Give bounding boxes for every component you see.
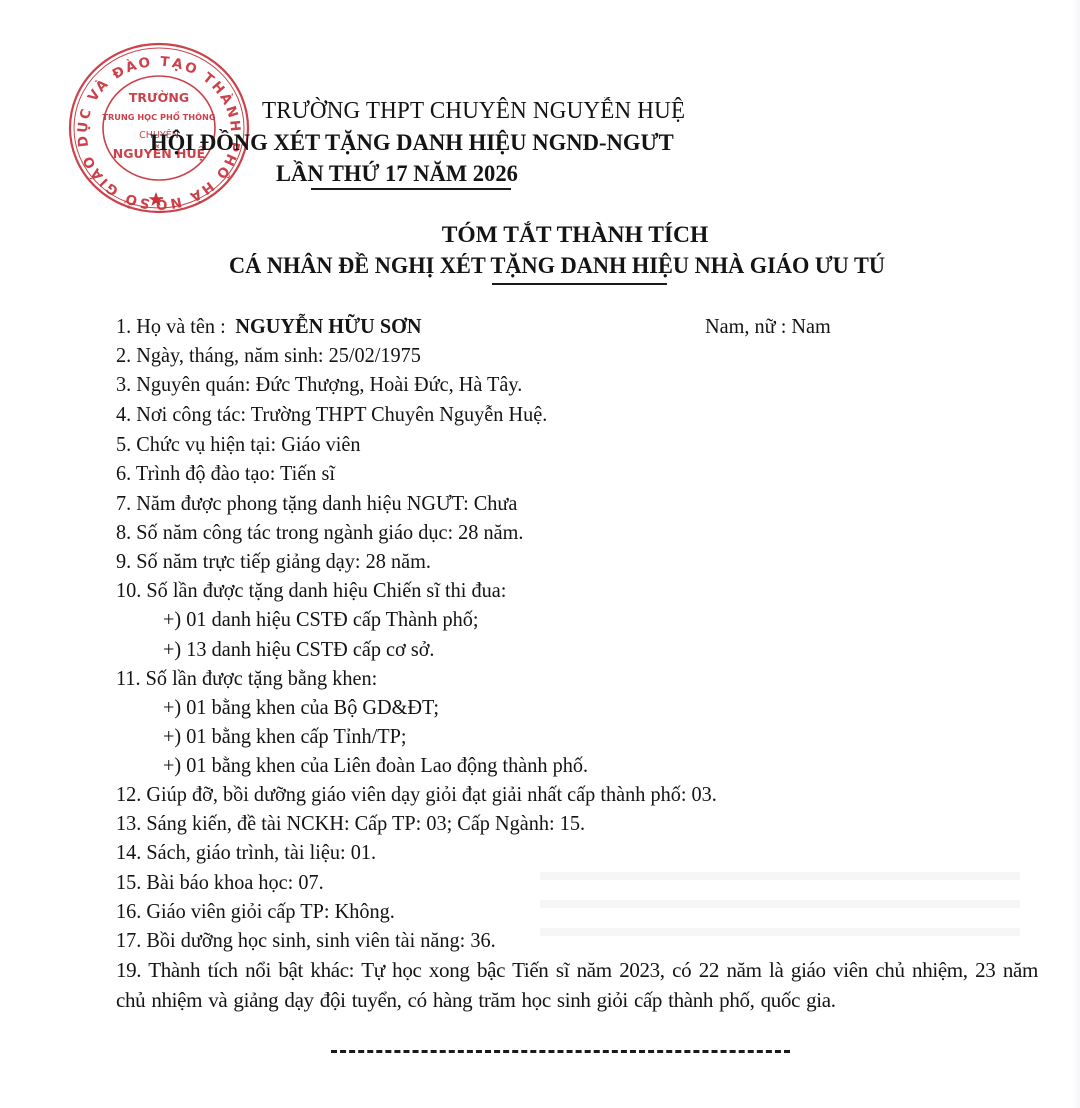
header-underline (311, 188, 511, 190)
item-years-in-sector: 8. Số năm công tác trong ngành giáo dục:… (116, 519, 523, 545)
item-merits: 11. Số lần được tặng bằng khen: (116, 665, 377, 691)
document-title: TÓM TẮT THÀNH TÍCH (0, 222, 1080, 249)
item-merits-sub: +) 01 bằng khen cấp Tỉnh/TP; (163, 723, 406, 749)
item-excellent-teacher: 16. Giáo viên giỏi cấp TP: Không. (116, 898, 395, 924)
item-education: 6. Trình độ đào tạo: Tiến sĩ (116, 460, 335, 486)
item-merits-sub: +) 01 bằng khen của Bộ GD&ĐT; (163, 694, 439, 720)
stamp-center-line-2: TRUNG HỌC PHỔ THÔNG (102, 110, 216, 122)
item-emulation-sub: +) 13 danh hiệu CSTĐ cấp cơ sở. (163, 636, 434, 662)
item-years-teaching: 9. Số năm trực tiếp giảng dạy: 28 năm. (116, 548, 431, 574)
item-merits-sub: +) 01 bằng khen của Liên đoàn Lao động t… (163, 752, 588, 778)
end-divider (331, 1050, 790, 1053)
item-name: 1. Họ và tên :NGUYỄN HỮU SƠN (116, 313, 422, 339)
stamp-center-line-1: TRƯỜNG (129, 90, 189, 105)
svg-text:SỞ GIÁO DỤC VÀ ĐÀO TẠO THÀNH P: SỞ GIÁO DỤC VÀ ĐÀO TẠO THÀNH PHỐ HÀ NỘI (66, 40, 243, 214)
item-hometown: 3. Nguyên quán: Đức Thượng, Hoài Đức, Hà… (116, 371, 522, 397)
item-books: 14. Sách, giáo trình, tài liệu: 01. (116, 839, 376, 865)
item-research: 13. Sáng kiến, đề tài NCKH: Cấp TP: 03; … (116, 810, 585, 836)
item-workplace: 4. Nơi công tác: Trường THPT Chuyên Nguy… (116, 401, 547, 427)
document-page: SỞ GIÁO DỤC VÀ ĐÀO TẠO THÀNH PHỐ HÀ NỘI … (0, 0, 1080, 1108)
item-talent-training: 17. Bồi dưỡng học sinh, sinh viên tài nă… (116, 927, 496, 953)
item-dob: 2. Ngày, tháng, năm sinh: 25/02/1975 (116, 342, 421, 368)
title-underline (492, 283, 667, 285)
official-stamp: SỞ GIÁO DỤC VÀ ĐÀO TẠO THÀNH PHỐ HÀ NỘI … (66, 40, 252, 216)
reverse-side-bleed-through (540, 862, 1020, 942)
item-name-value: NGUYỄN HỮU SƠN (235, 314, 421, 338)
item-gender-label: Nam, nữ : (705, 314, 786, 338)
item-gender: Nam, nữ : Nam (705, 313, 831, 339)
item-emulation-sub: +) 01 danh hiệu CSTĐ cấp Thành phố; (163, 606, 479, 632)
item-other-achievements: 19. Thành tích nổi bật khác: Tự học xong… (116, 955, 1038, 1015)
item-gender-value: Nam (791, 314, 830, 338)
item-mentoring: 12. Giúp đỡ, bồi dưỡng giáo viên dạy giỏ… (116, 781, 717, 807)
council-name: HỘI ĐỒNG XÉT TẶNG DANH HIỆU NGND-NGƯT (150, 130, 1080, 157)
item-name-label: 1. Họ và tên : (116, 314, 226, 338)
stamp-ring-text: SỞ GIÁO DỤC VÀ ĐÀO TẠO THÀNH PHỐ HÀ NỘI (66, 40, 243, 214)
item-position: 5. Chức vụ hiện tại: Giáo viên (116, 431, 361, 457)
school-name: TRƯỜNG THPT CHUYÊN NGUYỄN HUỆ (262, 98, 1080, 125)
item-papers: 15. Bài báo khoa học: 07. (116, 869, 324, 895)
item-ngut-year: 7. Năm được phong tặng danh hiệu NGƯT: C… (116, 490, 517, 516)
council-round: LẦN THỨ 17 NĂM 2026 (276, 161, 1080, 188)
document-subtitle: CÁ NHÂN ĐỀ NGHỊ XÉT TẶNG DANH HIỆU NHÀ G… (229, 253, 885, 280)
item-emulation: 10. Số lần được tặng danh hiệu Chiến sĩ … (116, 577, 506, 603)
